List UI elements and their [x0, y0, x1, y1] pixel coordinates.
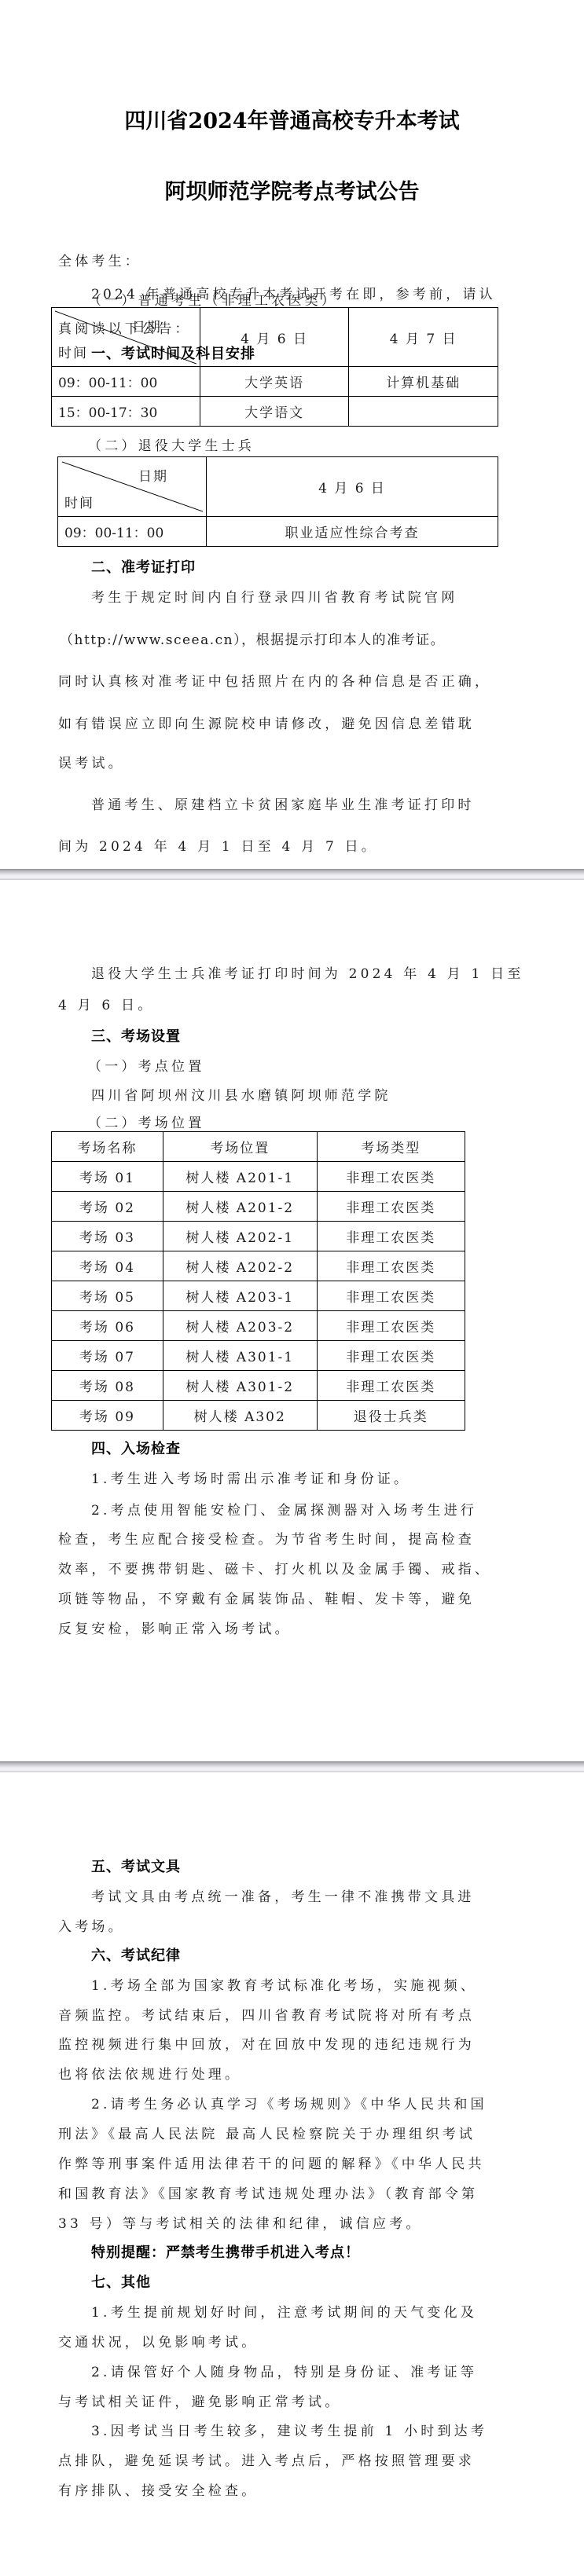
section6-item1-line4: 也将依法依规进行处理。: [58, 2063, 241, 2083]
room-name: 考场 09: [52, 1401, 163, 1431]
section7-item2-line1: 2.请保管好个人随身物品，特别是身份证、准考证等: [91, 2361, 477, 2380]
section6-item2-line3: 作弊等刑事案件适用法律若干的问题的解释》《中华人民共: [58, 2153, 485, 2172]
section4-item2-line2: 检查，考生应配合接受检查。为节省考生时间，提高检查: [58, 1528, 475, 1548]
section6-item1-line3: 监控视频进行集中回放，对在回放中发现的违纪违规行为: [58, 2033, 475, 2053]
room-location: 树人楼 A301-2: [163, 1371, 317, 1401]
section5-heading: 五、考试文具: [91, 1856, 181, 1876]
section7-item1-line1: 1.考生提前规划好时间，注意考试期间的天气变化及: [91, 2301, 477, 2321]
section2-para1-line3: 同时认真核对准考证中包括照片在内的各种信息是否正确，: [58, 670, 491, 690]
table-row: 考场 07树人楼 A301-1非理工农医类: [52, 1341, 465, 1371]
table-row: 考场 09树人楼 A302退役士兵类: [52, 1401, 465, 1431]
schedule-table-veterans: 日期 时间 4 月 6 日 09：00-11：00 职业适应性综合考查: [57, 456, 498, 547]
section5-line1: 考试文具由考点统一准备，考生一律不准携带文具进: [91, 1885, 475, 1905]
corner-header-cell: 日期 时间: [52, 308, 200, 367]
room-type: 非理工农医类: [317, 1192, 465, 1222]
section2-para1-line5: 误考试。: [58, 752, 125, 771]
section2-para3-line2: 4 月 6 日。: [58, 994, 154, 1013]
document-title-line1: 四川省2024年普通高校专升本考试: [0, 104, 584, 134]
document-title-line2: 阿坝师范学院考点考试公告: [0, 174, 584, 205]
section2-para1-line4: 如有错误应立即向生源院校申请修改，避免因信息差错耽: [58, 713, 475, 732]
subject-cell: [349, 397, 498, 427]
room-type: 非理工农医类: [317, 1281, 465, 1311]
section6-heading: 六、考试纪律: [91, 1944, 181, 1965]
section7-item3-line1: 3.因考试当日考生较多，建议考生提前 1 小时到达考: [91, 2420, 487, 2439]
date-header-0: 4 月 6 日: [207, 457, 498, 517]
exam-room-table: 考场名称 考场位置 考场类型 考场 01树人楼 A201-1非理工农医类 考场 …: [51, 1131, 465, 1431]
table-row: 09：00-11：00 大学英语 计算机基础: [52, 367, 498, 397]
table-row: 考场 03树人楼 A202-1非理工农医类: [52, 1222, 465, 1251]
room-type: 非理工农医类: [317, 1341, 465, 1371]
table-header-row: 考场名称 考场位置 考场类型: [52, 1132, 465, 1162]
room-type: 非理工农医类: [317, 1162, 465, 1192]
table-row: 考场 05树人楼 A203-1非理工农医类: [52, 1281, 465, 1311]
date-header-1: 4 月 7 日: [349, 308, 498, 367]
table-row: 考场 02树人楼 A201-2非理工农医类: [52, 1192, 465, 1222]
section6-item2-line1: 2.请考生务必认真学习《考场规则》《中华人民共和国: [91, 2093, 487, 2112]
section2-para2-line1: 普通考生、原建档立卡贫困家庭毕业生准考证打印时: [91, 793, 475, 813]
room-location: 树人楼 A202-1: [163, 1222, 317, 1251]
section5-line2: 入考场。: [58, 1915, 125, 1935]
section7-item1-line2: 交通状况，以免影响考试。: [58, 2331, 258, 2351]
section7-item3-line3: 有序排队、接受安全检查。: [58, 2479, 258, 2499]
corner-time-label: 时间: [64, 492, 94, 511]
page-separator: [0, 1761, 584, 1772]
subject-cell: 大学语文: [200, 397, 349, 427]
section4-item1: 1.考生进入考场时需出示准考证和身份证。: [91, 1468, 410, 1487]
room-location: 树人楼 A203-2: [163, 1311, 317, 1341]
page-separator: [0, 869, 584, 880]
section3-sub2: （二）考场位置: [88, 1112, 204, 1131]
table-row: 考场 01树人楼 A201-1非理工农医类: [52, 1162, 465, 1192]
section6-item1-line1: 1.考场全部为国家教育考试标准化考场，实施视频、: [91, 1974, 477, 1994]
section6-item1-line2: 音频监控。考试结束后，四川省教育考试院将对所有考点: [58, 2004, 475, 2024]
table-row: 15：00-17：30 大学语文: [52, 397, 498, 427]
schedule-table-regular: 日期 时间 4 月 6 日 4 月 7 日 09：00-11：00 大学英语 计…: [51, 307, 498, 427]
section6-item2-line5: 33 号）等与考试相关的法律和纪律，诚信应考。: [58, 2212, 423, 2232]
section6-item2-line2: 刑法》《最高人民法院 最高人民检察院关于办理组织考试: [58, 2123, 476, 2142]
section7-item2-line2: 与考试相关证件，避免影响正常考试。: [58, 2391, 341, 2410]
subject-cell: 计算机基础: [349, 367, 498, 397]
time-cell: 09：00-11：00: [52, 367, 200, 397]
room-type: 非理工农医类: [317, 1251, 465, 1281]
room-location: 树人楼 A302: [163, 1401, 317, 1431]
section7-item3-line2: 点排队，避免延误考试。进入考点后，严格按照管理要求: [58, 2450, 475, 2469]
room-type: 非理工农医类: [317, 1222, 465, 1251]
room-name: 考场 01: [52, 1162, 163, 1192]
room-location: 树人楼 A202-2: [163, 1251, 317, 1281]
corner-header-cell: 日期 时间: [58, 457, 207, 517]
room-name: 考场 08: [52, 1371, 163, 1401]
room-type: 退役士兵类: [317, 1401, 465, 1431]
room-name: 考场 06: [52, 1311, 163, 1341]
table-row: 考场 06树人楼 A203-2非理工农医类: [52, 1311, 465, 1341]
section1-sub2: （二）退役大学生士兵: [88, 434, 255, 454]
table-row: 09：00-11：00 职业适应性综合考查: [58, 517, 498, 547]
section3-sub1: （一）考点位置: [88, 1055, 204, 1075]
corner-date-label: 日期: [132, 316, 162, 335]
table-row: 考场 08树人楼 A301-2非理工农医类: [52, 1371, 465, 1401]
section4-item2-line4: 项链等物品，不穿戴有金属装饰品、鞋帽、发卡等，避免: [58, 1588, 475, 1607]
room-location: 树人楼 A201-1: [163, 1162, 317, 1192]
exam-site-location: 四川省阿坝州汶川县水磨镇阿坝师范学院: [91, 1084, 391, 1104]
room-type: 非理工农医类: [317, 1311, 465, 1341]
room-location: 树人楼 A201-2: [163, 1192, 317, 1222]
room-name: 考场 03: [52, 1222, 163, 1251]
room-name: 考场 05: [52, 1281, 163, 1311]
section2-para1-line1: 考生于规定时间内自行登录四川省教育考试院官网: [91, 586, 457, 606]
phone-warning: 特别提醒：严禁考生携带手机进入考点！: [91, 2241, 360, 2262]
section4-item2-line5: 反复安检，影响正常入场考试。: [58, 1618, 292, 1637]
column-header: 考场类型: [317, 1132, 465, 1162]
room-name: 考场 04: [52, 1251, 163, 1281]
corner-date-label: 日期: [138, 465, 168, 485]
section2-heading: 二、准考证打印: [91, 556, 196, 577]
section2-para1-line2: （http://www.sceea.cn），根据提示打印本人的准考证。: [60, 628, 445, 648]
column-header: 考场位置: [163, 1132, 317, 1162]
room-name: 考场 02: [52, 1192, 163, 1222]
greeting: 全体考生：: [58, 250, 141, 269]
section2-para2-line2: 间为 2024 年 4 月 1 日至 4 月 7 日。: [58, 835, 378, 855]
time-cell: 15：00-17：30: [52, 397, 200, 427]
room-location: 树人楼 A301-1: [163, 1341, 317, 1371]
subject-cell: 大学英语: [200, 367, 349, 397]
date-header-0: 4 月 6 日: [200, 308, 349, 367]
table-row: 考场 04树人楼 A202-2非理工农医类: [52, 1251, 465, 1281]
section7-heading: 七、其他: [91, 2271, 151, 2292]
section3-heading: 三、考场设置: [91, 1025, 181, 1046]
section1-sub1: （一）普通考生（非理工农医类）: [88, 289, 338, 309]
section4-item2-line3: 效率，不要携带钥匙、磁卡、打火机以及金属手镯、戒指、: [58, 1558, 491, 1577]
corner-time-label: 时间: [58, 342, 88, 361]
time-cell: 09：00-11：00: [58, 517, 207, 547]
section4-heading: 四、入场检查: [91, 1438, 181, 1458]
column-header: 考场名称: [52, 1132, 163, 1162]
section4-item2-line1: 2.考点使用智能安检门、金属探测器对入场考生进行: [91, 1499, 477, 1519]
section6-item2-line4: 和国教育法》《国家教育考试违规处理办法》（教育部令第: [58, 2182, 478, 2202]
section2-para3-line1: 退役大学生士兵准考证打印时间为 2024 年 4 月 1 日至: [91, 962, 524, 982]
room-type: 非理工农医类: [317, 1371, 465, 1401]
room-location: 树人楼 A203-1: [163, 1281, 317, 1311]
subject-cell: 职业适应性综合考查: [207, 517, 498, 547]
room-name: 考场 07: [52, 1341, 163, 1371]
